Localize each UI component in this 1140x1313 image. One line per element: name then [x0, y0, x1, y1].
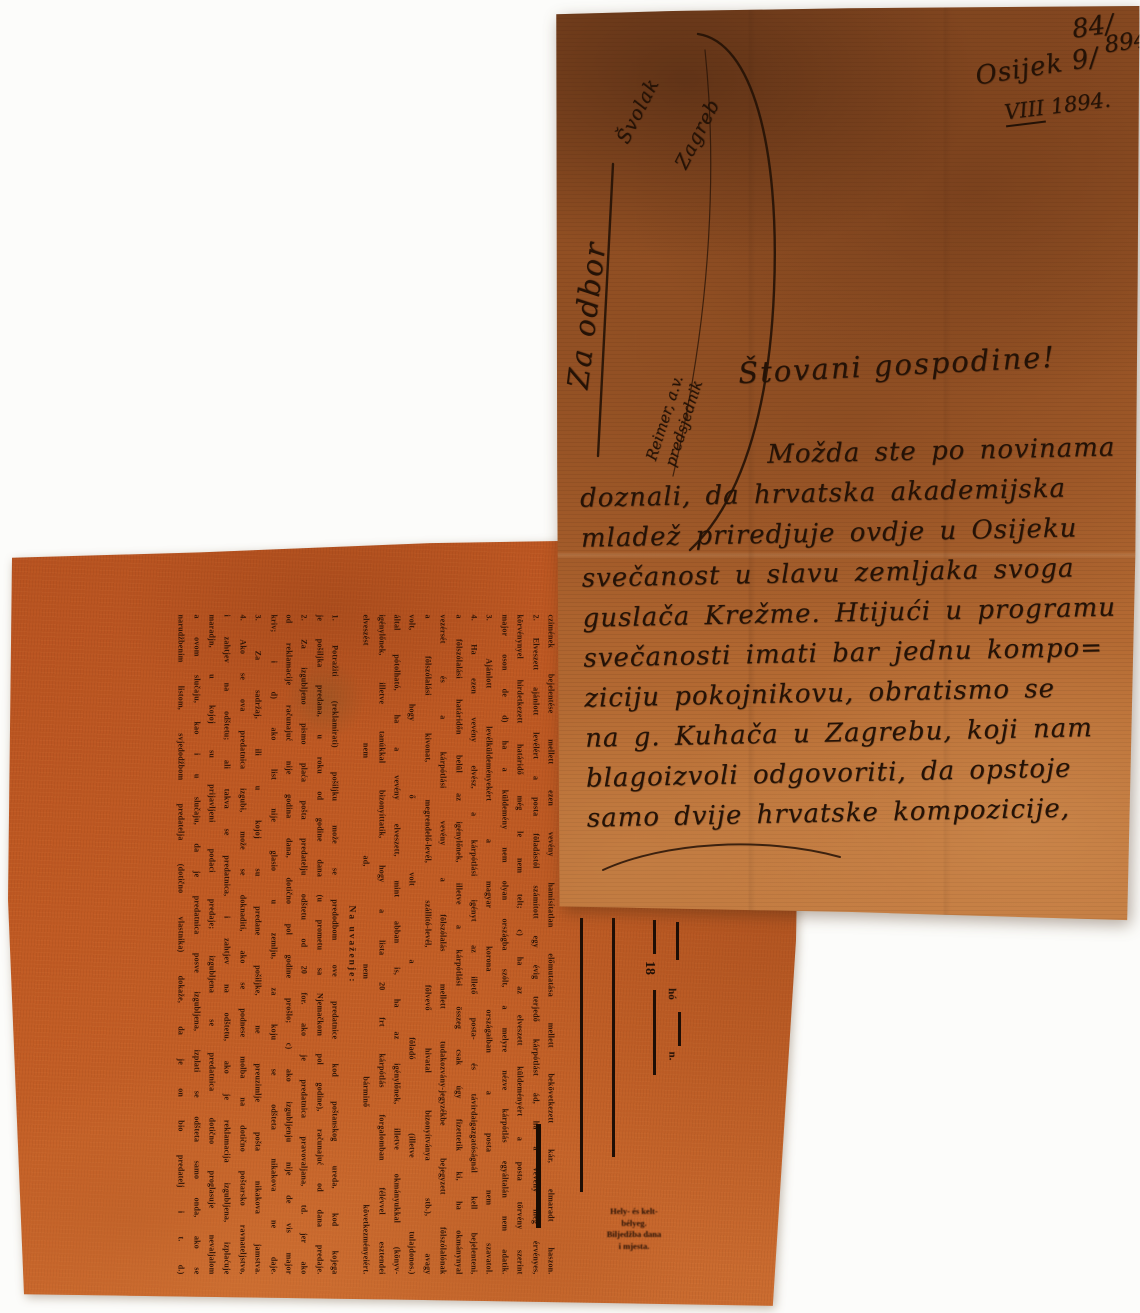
archive-number: 84/ 894: [1070, 9, 1116, 45]
printed-text-line: által pótolható, ha a vevény elveszett, …: [389, 615, 404, 1275]
printed-text-line: 4. Ha ezen vevény elvész, a kárpótlási i…: [466, 615, 481, 1275]
letter-body-text: Možda ste po novinamadoznali, da hrvatsk…: [579, 427, 1135, 838]
printed-heavy-rule: [536, 1124, 541, 1228]
form-day-label: n.: [666, 1052, 678, 1061]
form-ruling-line: [678, 1012, 681, 1046]
printed-text-line: 1. Potražiti (reklamirati) pošiljku može…: [327, 615, 342, 1275]
printed-text-line: a fölszólalási kivonat, megrendelő-levél…: [420, 615, 435, 1275]
printed-text-line: igénylőnek, illetve tanúkkal bizonyíttat…: [374, 615, 389, 1275]
printed-text-line: körvénynyel hirdetkezett határidő még le…: [512, 615, 527, 1275]
printed-text-line: maradjn, u kojoj su prijavljeni podaci p…: [204, 615, 219, 1275]
stamp-caption-line: Hely- és kelt-: [578, 1206, 690, 1218]
printed-text-line: Na uvaženje:: [343, 615, 358, 1275]
printed-text-line: elveszést nem ad, nem bárminő következmé…: [358, 615, 373, 1275]
printed-text-line: od reklamacije računajuć nije godina dan…: [281, 615, 296, 1275]
dateline-year: 1894.: [1043, 88, 1112, 120]
printed-text-line: volt, hogy ő volt a föladó (illetve tula…: [404, 615, 419, 1275]
printed-text-line: a ovom slučaju, kao i u slučaju, da je p…: [189, 615, 204, 1275]
archive-number-bottom: 894: [1103, 27, 1140, 59]
diagonal-note-word2: Zagreb: [671, 96, 725, 173]
stamp-caption-line: bélyeg.: [578, 1218, 690, 1230]
printed-text-line: a fölszólalási határidőn belül az igényl…: [451, 615, 466, 1275]
form-ruling-line: [653, 920, 656, 954]
diagonal-note-word1: Švolak: [612, 75, 663, 147]
printed-text-line: vezérsét és a kárpótlási vevény a fölszó…: [435, 615, 450, 1275]
printed-text-line: 2. Za izgubljeno pismo plaća pošta preda…: [297, 615, 312, 1275]
stamp-box-caption: Hely- és kelt-bélyeg.Biljedžba danai mje…: [578, 1206, 690, 1252]
printed-text-line: 3. Za sadržaj, ili u kojoj su predane po…: [250, 615, 265, 1275]
dateline-month: VIII: [1003, 96, 1046, 128]
printed-text-line: i zahtjev na odštetu; ali takva se preda…: [220, 615, 235, 1275]
printed-text-line: major oson de d) ha a küldemény nem olya…: [497, 615, 512, 1275]
salutation: Štovani gospodine!: [737, 340, 1056, 391]
handwritten-letter-paper: 84/ 894 Osijek 9/ VIII 1894. Švolak Zagr…: [556, 6, 1140, 922]
form-month-label: hó: [666, 988, 678, 1000]
printed-text-line: 4. Ako se ova predatnica izgubi, može se…: [235, 615, 250, 1275]
stamp-caption-line: Biljedžba dana: [578, 1229, 690, 1241]
printed-instructions-text: czimének bejelentése mellett ezen vevény…: [140, 615, 565, 1275]
form-ruling-line: [580, 918, 583, 1192]
printed-text-line: 3. Ajánlott levélküldeményekért a magyar…: [481, 615, 496, 1275]
form-year-blank-label: 18: [641, 961, 657, 975]
margin-note-vertical: Za odbor: [560, 231, 614, 399]
printed-text-line: narudžbenim listom, svjedodžbom predatel…: [173, 615, 188, 1275]
form-ruling-line: [612, 918, 615, 1157]
handwritten-letter-page: 84/ 894 Osijek 9/ VIII 1894. Švolak Zagr…: [556, 6, 1140, 922]
dateline-place: Osijek 9/: [973, 42, 1101, 91]
form-ruling-line: [676, 922, 679, 960]
scan-canvas: czimének bejelentése mellett ezen vevény…: [0, 0, 1140, 1313]
stamp-caption-line: i mjesta.: [578, 1241, 690, 1253]
form-ruling-line: [653, 990, 656, 1075]
printed-text-line: je pošiljka predana, u roku od godine da…: [312, 615, 327, 1275]
dateline-date: VIII 1894.: [1003, 88, 1112, 125]
printed-text-line: kriv; i d) ako list nije glasio u zemlju…: [266, 615, 281, 1275]
